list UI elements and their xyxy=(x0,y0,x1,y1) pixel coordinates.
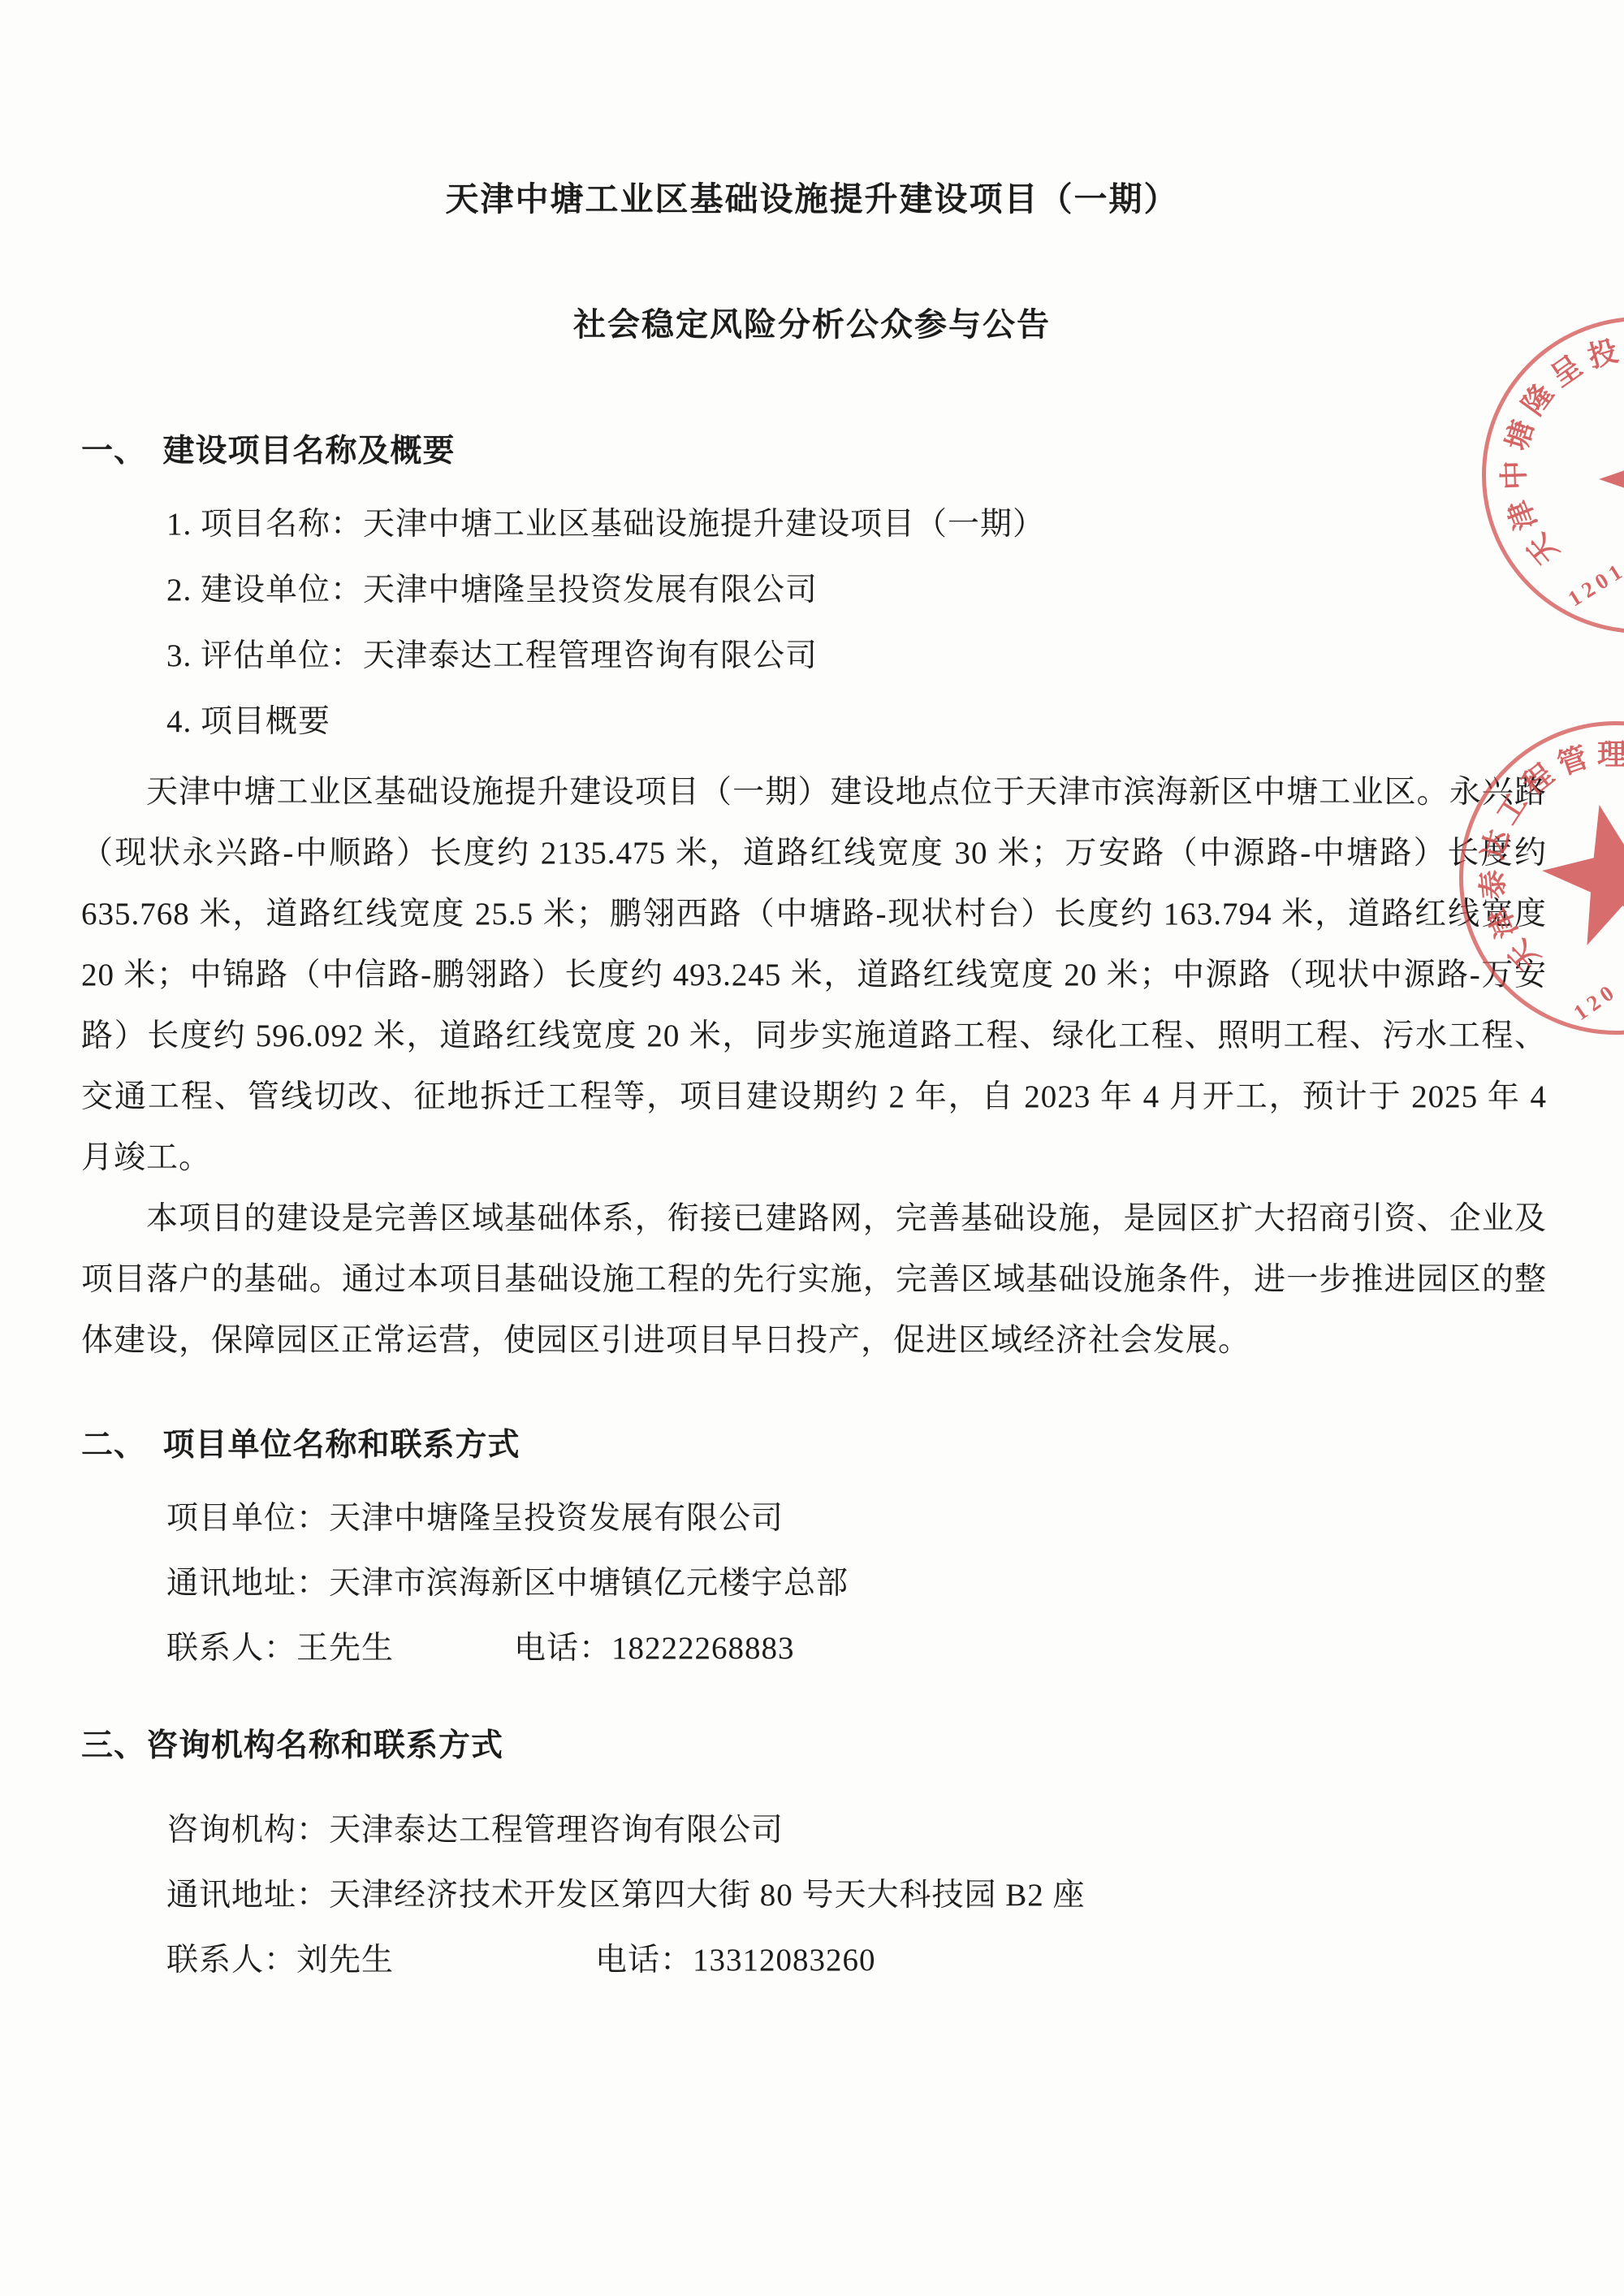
project-unit-value: 天津中塘隆呈投资发展有限公司 xyxy=(329,1501,784,1536)
consultant-contact-label: 联系人： xyxy=(166,1943,296,1978)
seal-character: 泰 xyxy=(1477,868,1509,900)
consultant-seal-star-icon xyxy=(1532,793,1624,961)
list-item-evaluation-unit: 3. 评估单位：天津泰达工程管理咨询有限公司 xyxy=(166,630,818,676)
consultant-org-label: 咨询机构： xyxy=(166,1813,329,1848)
document-page: 天津中塘工业区基础设施提升建设项目（一期） 社会稳定风险分析公众参与公告 一、 … xyxy=(0,0,1624,2296)
seal-character: 理 xyxy=(1597,740,1624,769)
consultant-org-value: 天津泰达工程管理咨询有限公司 xyxy=(329,1813,784,1848)
section1-heading: 一、 建设项目名称及概要 xyxy=(81,426,456,471)
company-seal-star-icon xyxy=(1596,394,1624,564)
consultant-phone-number: 13312083260 xyxy=(693,1943,876,1978)
unit-contact-name: 王先生 xyxy=(296,1631,394,1666)
unit-phone-number: 18222268883 xyxy=(611,1631,795,1666)
list-item-project-summary: 4. 项目概要 xyxy=(166,696,330,742)
consultant-phone-label: 电话： xyxy=(595,1943,693,1978)
unit-address-row: 通讯地址：天津市滨海新区中塘镇亿元楼宇总部 xyxy=(166,1558,849,1603)
seal-character: 中 xyxy=(1499,460,1529,491)
consultant-contact-name: 刘先生 xyxy=(296,1943,394,1978)
page-title: 天津中塘工业区基础设施提升建设项目（一期） xyxy=(0,172,1624,220)
purpose-paragraph: 本项目的建设是完善区域基础体系，衔接已建路网，完善基础设施，是园区扩大招商引资、… xyxy=(81,1188,1547,1371)
section2-heading: 二、 项目单位名称和联系方式 xyxy=(81,1420,520,1465)
unit-contact-label: 联系人： xyxy=(166,1631,296,1666)
list-item-project-name: 1. 项目名称：天津中塘工业区基础设施提升建设项目（一期） xyxy=(166,499,1045,544)
unit-phone: 电话：18222268883 xyxy=(514,1623,795,1668)
page-subtitle: 社会稳定风险分析公众参与公告 xyxy=(0,299,1624,345)
consultant-contact-row: 联系人：刘先生 电话：13312083260 xyxy=(166,1935,1547,1980)
list-item-construction-unit: 2. 建设单位：天津中塘隆呈投资发展有限公司 xyxy=(166,564,818,610)
summary-paragraph: 天津中塘工业区基础设施提升建设项目（一期）建设地点位于天津市滨海新区中塘工业区。… xyxy=(81,762,1547,1188)
project-unit-label: 项目单位： xyxy=(166,1501,329,1536)
project-unit-row: 项目单位：天津中塘隆呈投资发展有限公司 xyxy=(166,1493,784,1538)
consultant-org-row: 咨询机构：天津泰达工程管理咨询有限公司 xyxy=(166,1805,784,1850)
consultant-address-row: 通讯地址：天津经济技术开发区第四大街 80 号天大科技园 B2 座 xyxy=(166,1870,1086,1915)
section3-heading: 三、咨询机构名称和联系方式 xyxy=(81,1720,503,1766)
unit-contact-row: 联系人：王先生 电话：18222268883 xyxy=(166,1623,1547,1668)
unit-phone-label: 电话： xyxy=(514,1631,611,1666)
consultant-address-label: 通讯地址： xyxy=(166,1878,329,1913)
unit-address-value: 天津市滨海新区中塘镇亿元楼宇总部 xyxy=(329,1566,849,1601)
consultant-phone: 电话：13312083260 xyxy=(595,1935,876,1980)
unit-address-label: 通讯地址： xyxy=(166,1566,329,1601)
consultant-address-value: 天津经济技术开发区第四大街 80 号天大科技园 B2 座 xyxy=(329,1878,1086,1913)
